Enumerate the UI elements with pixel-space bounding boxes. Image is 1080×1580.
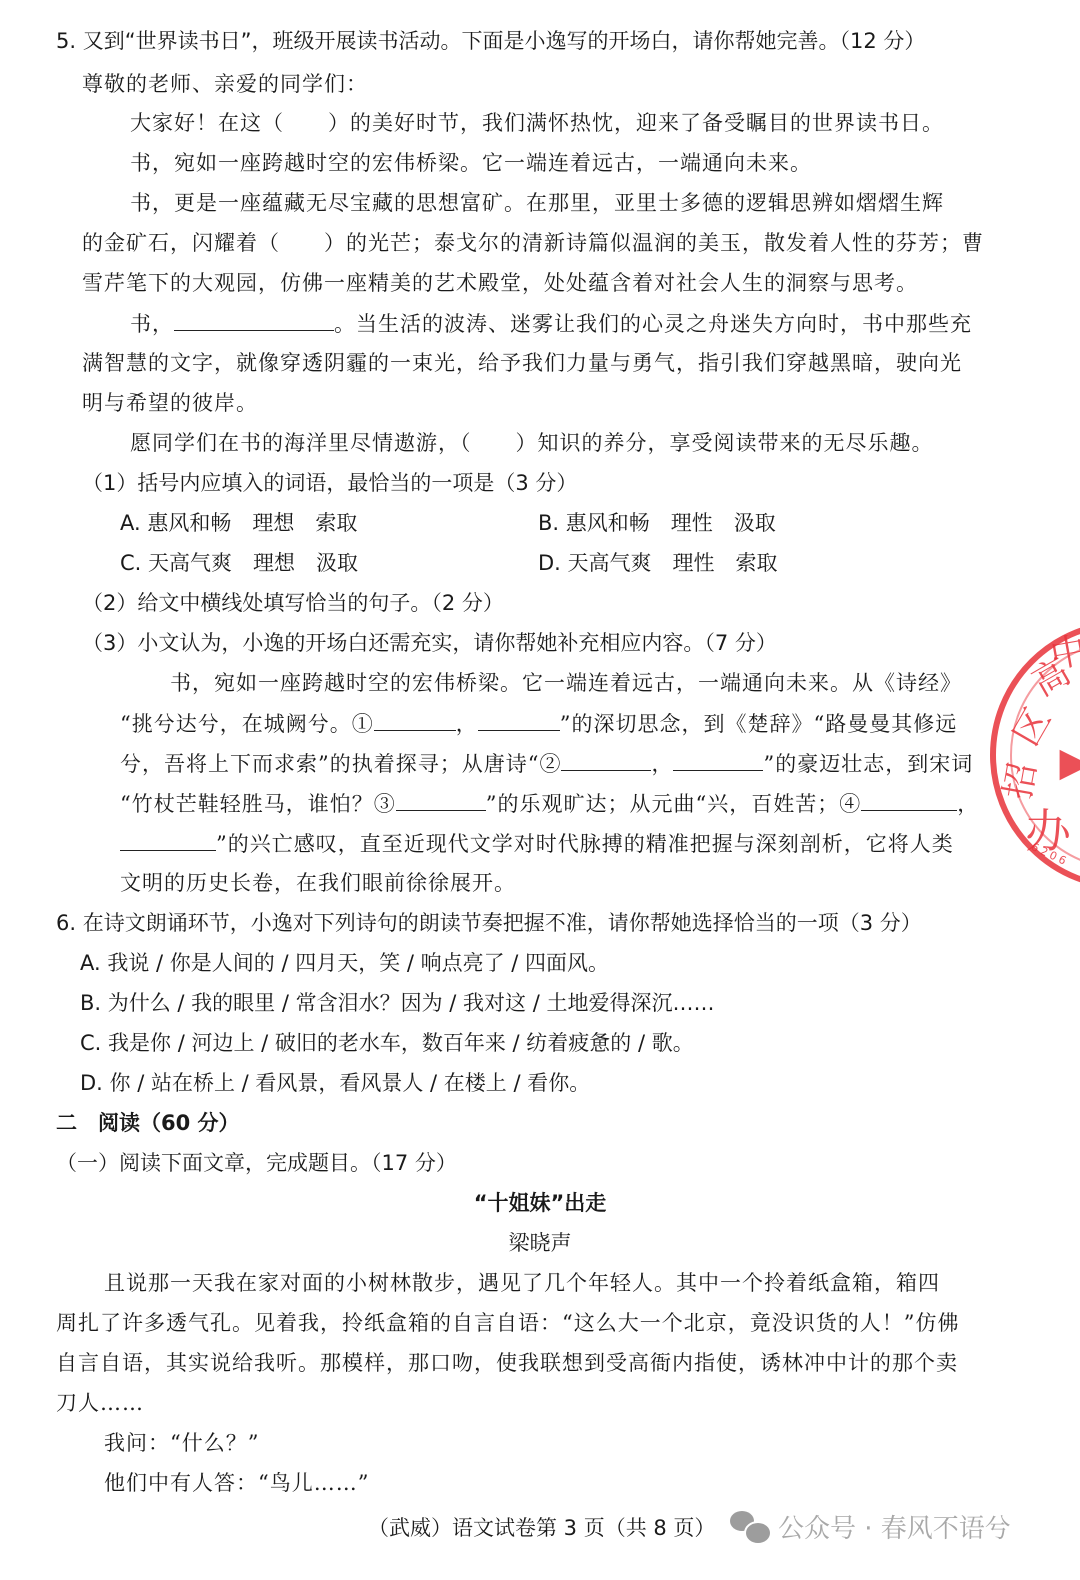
fill-blank-2b[interactable] — [673, 748, 763, 771]
sub3-comma: ， — [456, 712, 478, 736]
fill-blank-1b[interactable] — [478, 708, 560, 731]
paragraph-4-line-3: 明与希望的彼岸。 — [82, 388, 258, 418]
paragraph-1: 大家好！在这（ ）的美好时节，我们满怀热忱，迎来了备受瞩目的世界读书日。 — [130, 108, 944, 138]
sub3-text: ”的兴亡感叹，直至近现代文学对时代脉搏的精准把握与深刻剖析，它将人类 — [216, 832, 954, 856]
sub3-line-6: 文明的历史长卷，在我们眼前徐徐展开。 — [120, 868, 516, 898]
subquestion-3: （3）小文认为，小逸的开场白还需充实，请你帮她补充相应内容。（7 分） — [82, 628, 777, 658]
option-1a[interactable]: A. 惠风和畅 理想 索取 — [120, 508, 357, 538]
sub3-text: “竹杖芒鞋轻胜马，谁怕？③ — [120, 792, 396, 816]
fill-blank-4a[interactable] — [861, 788, 957, 811]
article-author: 梁晓声 — [0, 1228, 1080, 1258]
option-1d[interactable]: D. 天高气爽 理性 索取 — [538, 548, 778, 578]
article-paragraph-2: 我问：“什么？” — [104, 1428, 259, 1458]
option-6a[interactable]: A. 我说 / 你是人间的 / 四月天，笑 / 响点亮了 / 四面风。 — [80, 948, 609, 978]
watermark-text: 公众号 · 春风不语兮 — [778, 1508, 1011, 1545]
fill-blank-1a[interactable] — [374, 708, 456, 731]
exam-page: 5. 又到“世界读书日”，班级开展读书活动。下面是小逸写的开场白，请你帮她完善。… — [0, 0, 1080, 1580]
sub3-text: ”的乐观旷达；从元曲“兴，百姓苦；④ — [486, 792, 861, 816]
article-paragraph-1-line-1: 且说那一天我在家对面的小树林散步，遇见了几个年轻人。其中一个拎着纸盒箱，箱四 — [104, 1268, 940, 1298]
sub3-text: ”的深切思念，到《楚辞》“路曼曼其修远 — [560, 712, 957, 736]
fill-blank-4b[interactable] — [120, 828, 216, 851]
option-6b[interactable]: B. 为什么 / 我的眼里 / 常含泪水？因为 / 我对这 / 土地爱得深沉…… — [80, 988, 714, 1018]
article-paragraph-3: 他们中有人答：“鸟儿……” — [104, 1468, 369, 1498]
stamp-star-icon: ▲ — [1054, 750, 1080, 781]
sub3-text: “挑兮达兮，在城阙兮。① — [120, 712, 374, 736]
article-title: “十姐妹”出走 — [0, 1188, 1080, 1218]
question-6-title: 6. 在诗文朗诵环节，小逸对下列诗句的朗读节奏把握不准，请你帮她选择恰当的一项（… — [56, 908, 922, 938]
paragraph-3-line-1: 书，更是一座蕴藏无尽宝藏的思想富矿。在那里，亚里士多德的逻辑思辨如熠熠生辉 — [130, 188, 944, 218]
sub3-line-3: 兮，吾将上下而求索”的执着探寻；从唐诗“②，”的豪迈壮志，到宋词 — [120, 748, 973, 779]
fill-blank-sentence[interactable] — [174, 308, 334, 331]
fill-blank-2a[interactable] — [561, 748, 651, 771]
paragraph-5: 愿同学们在书的海洋里尽情遨游，（ ）知识的养分，享受阅读带来的无尽乐趣。 — [130, 428, 934, 458]
sub3-text: 兮，吾将上下而求索”的执着探寻；从唐诗“② — [120, 752, 561, 776]
part-1-instruction: （一）阅读下面文章，完成题目。（17 分） — [56, 1148, 457, 1178]
option-6c[interactable]: C. 我是你 / 河边上 / 破旧的老水车，数百年来 / 纺着疲惫的 / 歌。 — [80, 1028, 694, 1058]
paragraph-4-line-1: 书，。当生活的波涛、迷雾让我们的心灵之舟迷失方向时，书中那些充 — [130, 308, 972, 339]
article-paragraph-1-line-3: 自言自语，其实说给我听。那模样，那口吻，使我联想到受高衙内指使，诱林冲中计的那个… — [56, 1348, 958, 1378]
section-heading: 二 阅读（60 分） — [56, 1108, 240, 1138]
sub3-comma: ， — [957, 792, 979, 816]
sub3-line-4: “竹杖芒鞋轻胜马，谁怕？③”的乐观旷达；从元曲“兴，百姓苦；④， — [120, 788, 979, 819]
sub3-line-1: 书，宛如一座跨越时空的宏伟桥梁。它一端连着远古，一端通向未来。从《诗经》 — [170, 668, 962, 698]
watermark: 公众号 · 春风不语兮 — [730, 1508, 1011, 1545]
paragraph-4-line-2: 满智慧的文字，就像穿透阴霾的一束光，给予我们力量与勇气，指引我们穿越黑暗，驶向光 — [82, 348, 962, 378]
option-6d[interactable]: D. 你 / 站在桥上 / 看风景，看风景人 / 在楼上 / 看你。 — [80, 1068, 590, 1098]
sub3-line-5: ”的兴亡感叹，直至近现代文学对时代脉搏的精准把握与深刻剖析，它将人类 — [120, 828, 954, 859]
question-5-title: 5. 又到“世界读书日”，班级开展读书活动。下面是小逸写的开场白，请你帮她完善。… — [56, 26, 925, 56]
wechat-icon — [730, 1511, 770, 1543]
sub3-line-2: “挑兮达兮，在城阙兮。①，”的深切思念，到《楚辞》“路曼曼其修远 — [120, 708, 957, 739]
p4-prefix: 书， — [130, 312, 174, 336]
subquestion-2: （2）给文中横线处填写恰当的句子。（2 分） — [82, 588, 504, 618]
fill-blank-3[interactable] — [396, 788, 486, 811]
option-1b[interactable]: B. 惠风和畅 理性 汲取 — [538, 508, 776, 538]
paragraph-3-line-3: 雪芹笔下的大观园，仿佛一座精美的艺术殿堂，处处蕴含着对社会人生的洞察与思考。 — [82, 268, 918, 298]
sub3-text: ”的豪迈壮志，到宋词 — [763, 752, 973, 776]
greeting: 尊敬的老师、亲爱的同学们： — [82, 69, 368, 99]
subquestion-1: （1）括号内应填入的词语，最恰当的一项是（3 分） — [82, 468, 577, 498]
paragraph-2: 书，宛如一座跨越时空的宏伟桥梁。它一端连着远古，一端通向未来。 — [130, 148, 812, 178]
p4-suffix: 。当生活的波涛、迷雾让我们的心灵之舟迷失方向时，书中那些充 — [334, 312, 972, 336]
paragraph-3-line-2: 的金矿石，闪耀着（ ）的光芒；泰戈尔的清新诗篇似温润的美玉，散发着人性的芬芳；曹 — [82, 228, 984, 258]
sub3-comma: ， — [651, 752, 673, 776]
page-footer: （武威）语文试卷第 3 页（共 8 页） — [368, 1513, 715, 1543]
article-paragraph-1-line-2: 周扎了许多透气孔。见着我，拎纸盒箱的自言自语：“这么大一个北京，竟没识货的人！”… — [56, 1308, 959, 1338]
article-paragraph-1-line-4: 刀人…… — [56, 1388, 144, 1418]
option-1c[interactable]: C. 天高气爽 理想 汲取 — [120, 548, 358, 578]
